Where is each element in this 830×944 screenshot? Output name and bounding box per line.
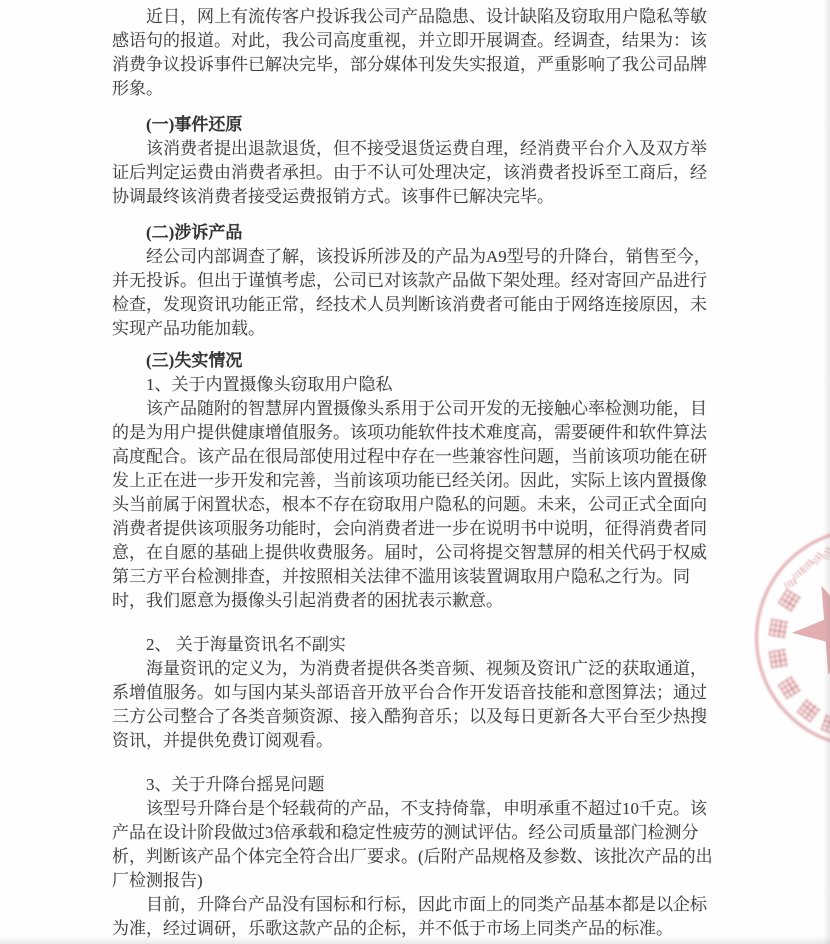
seal-character-mark xyxy=(769,649,789,669)
seal-character-mark xyxy=(797,699,821,723)
seal-date-mark xyxy=(801,559,814,572)
paragraph: 目前，升降台产品没有国标和行标，因此市面上的同类产品基本都是以企标为准，经过调研… xyxy=(112,893,713,941)
paragraph: 该型号升降台是个轻载荷的产品，不支持倚靠，申明承重不超过10千克。该产品在设计阶… xyxy=(112,797,713,893)
paragraph: 该消费者提出退款退货，但不接受退货运费自理，经消费平台介入及双方举证后判定运费由… xyxy=(112,137,713,209)
document-page: 近日，网上有流传客户投诉我公司产品隐患、设计缺陷及窃取用户隐私等敏感语句的报道。… xyxy=(0,0,830,944)
section-heading: (二)涉诉产品 xyxy=(112,221,713,245)
paragraph: 经公司内部调查了解，该投诉所涉及的产品为A9型号的升降台，销售至今，并无投诉。但… xyxy=(112,245,713,341)
scan-edge-shadow-bottom xyxy=(0,936,830,944)
seal-date-mark xyxy=(792,567,805,579)
seal-date-mark xyxy=(784,578,797,589)
sub-heading: 1、关于内置摄像头窃取用户隐私 xyxy=(112,373,713,397)
seal-character-mark xyxy=(769,619,789,639)
paragraph: 近日，网上有流传客户投诉我公司产品隐患、设计缺陷及窃取用户隐私等敏感语句的报道。… xyxy=(112,5,713,101)
section-heading: (一)事件还原 xyxy=(112,113,713,137)
section-heading: (三)失实情况 xyxy=(112,349,713,373)
seal-date-mark xyxy=(812,552,824,565)
sub-heading: 3、关于升降台摇晃问题 xyxy=(112,773,713,797)
document-text: 近日，网上有流传客户投诉我公司产品隐患、设计缺陷及窃取用户隐私等敏感语句的报道。… xyxy=(112,5,713,941)
scan-edge-shadow-right xyxy=(823,0,830,944)
seal-ring xyxy=(755,528,830,748)
paragraph: 该产品随附的智慧屏内置摄像头系用于公司开发的无接触心率检测功能，目的是为用户提供… xyxy=(112,397,713,613)
paragraph: 海量资讯的定义为，为消费者提供各类音频、视频及资讯广泛的获取通道，系增值服务。如… xyxy=(112,657,713,753)
sub-heading: 2、 关于海量资讯名不副实 xyxy=(112,633,713,657)
seal-character-mark xyxy=(778,589,801,612)
seal-character-mark xyxy=(778,676,801,699)
